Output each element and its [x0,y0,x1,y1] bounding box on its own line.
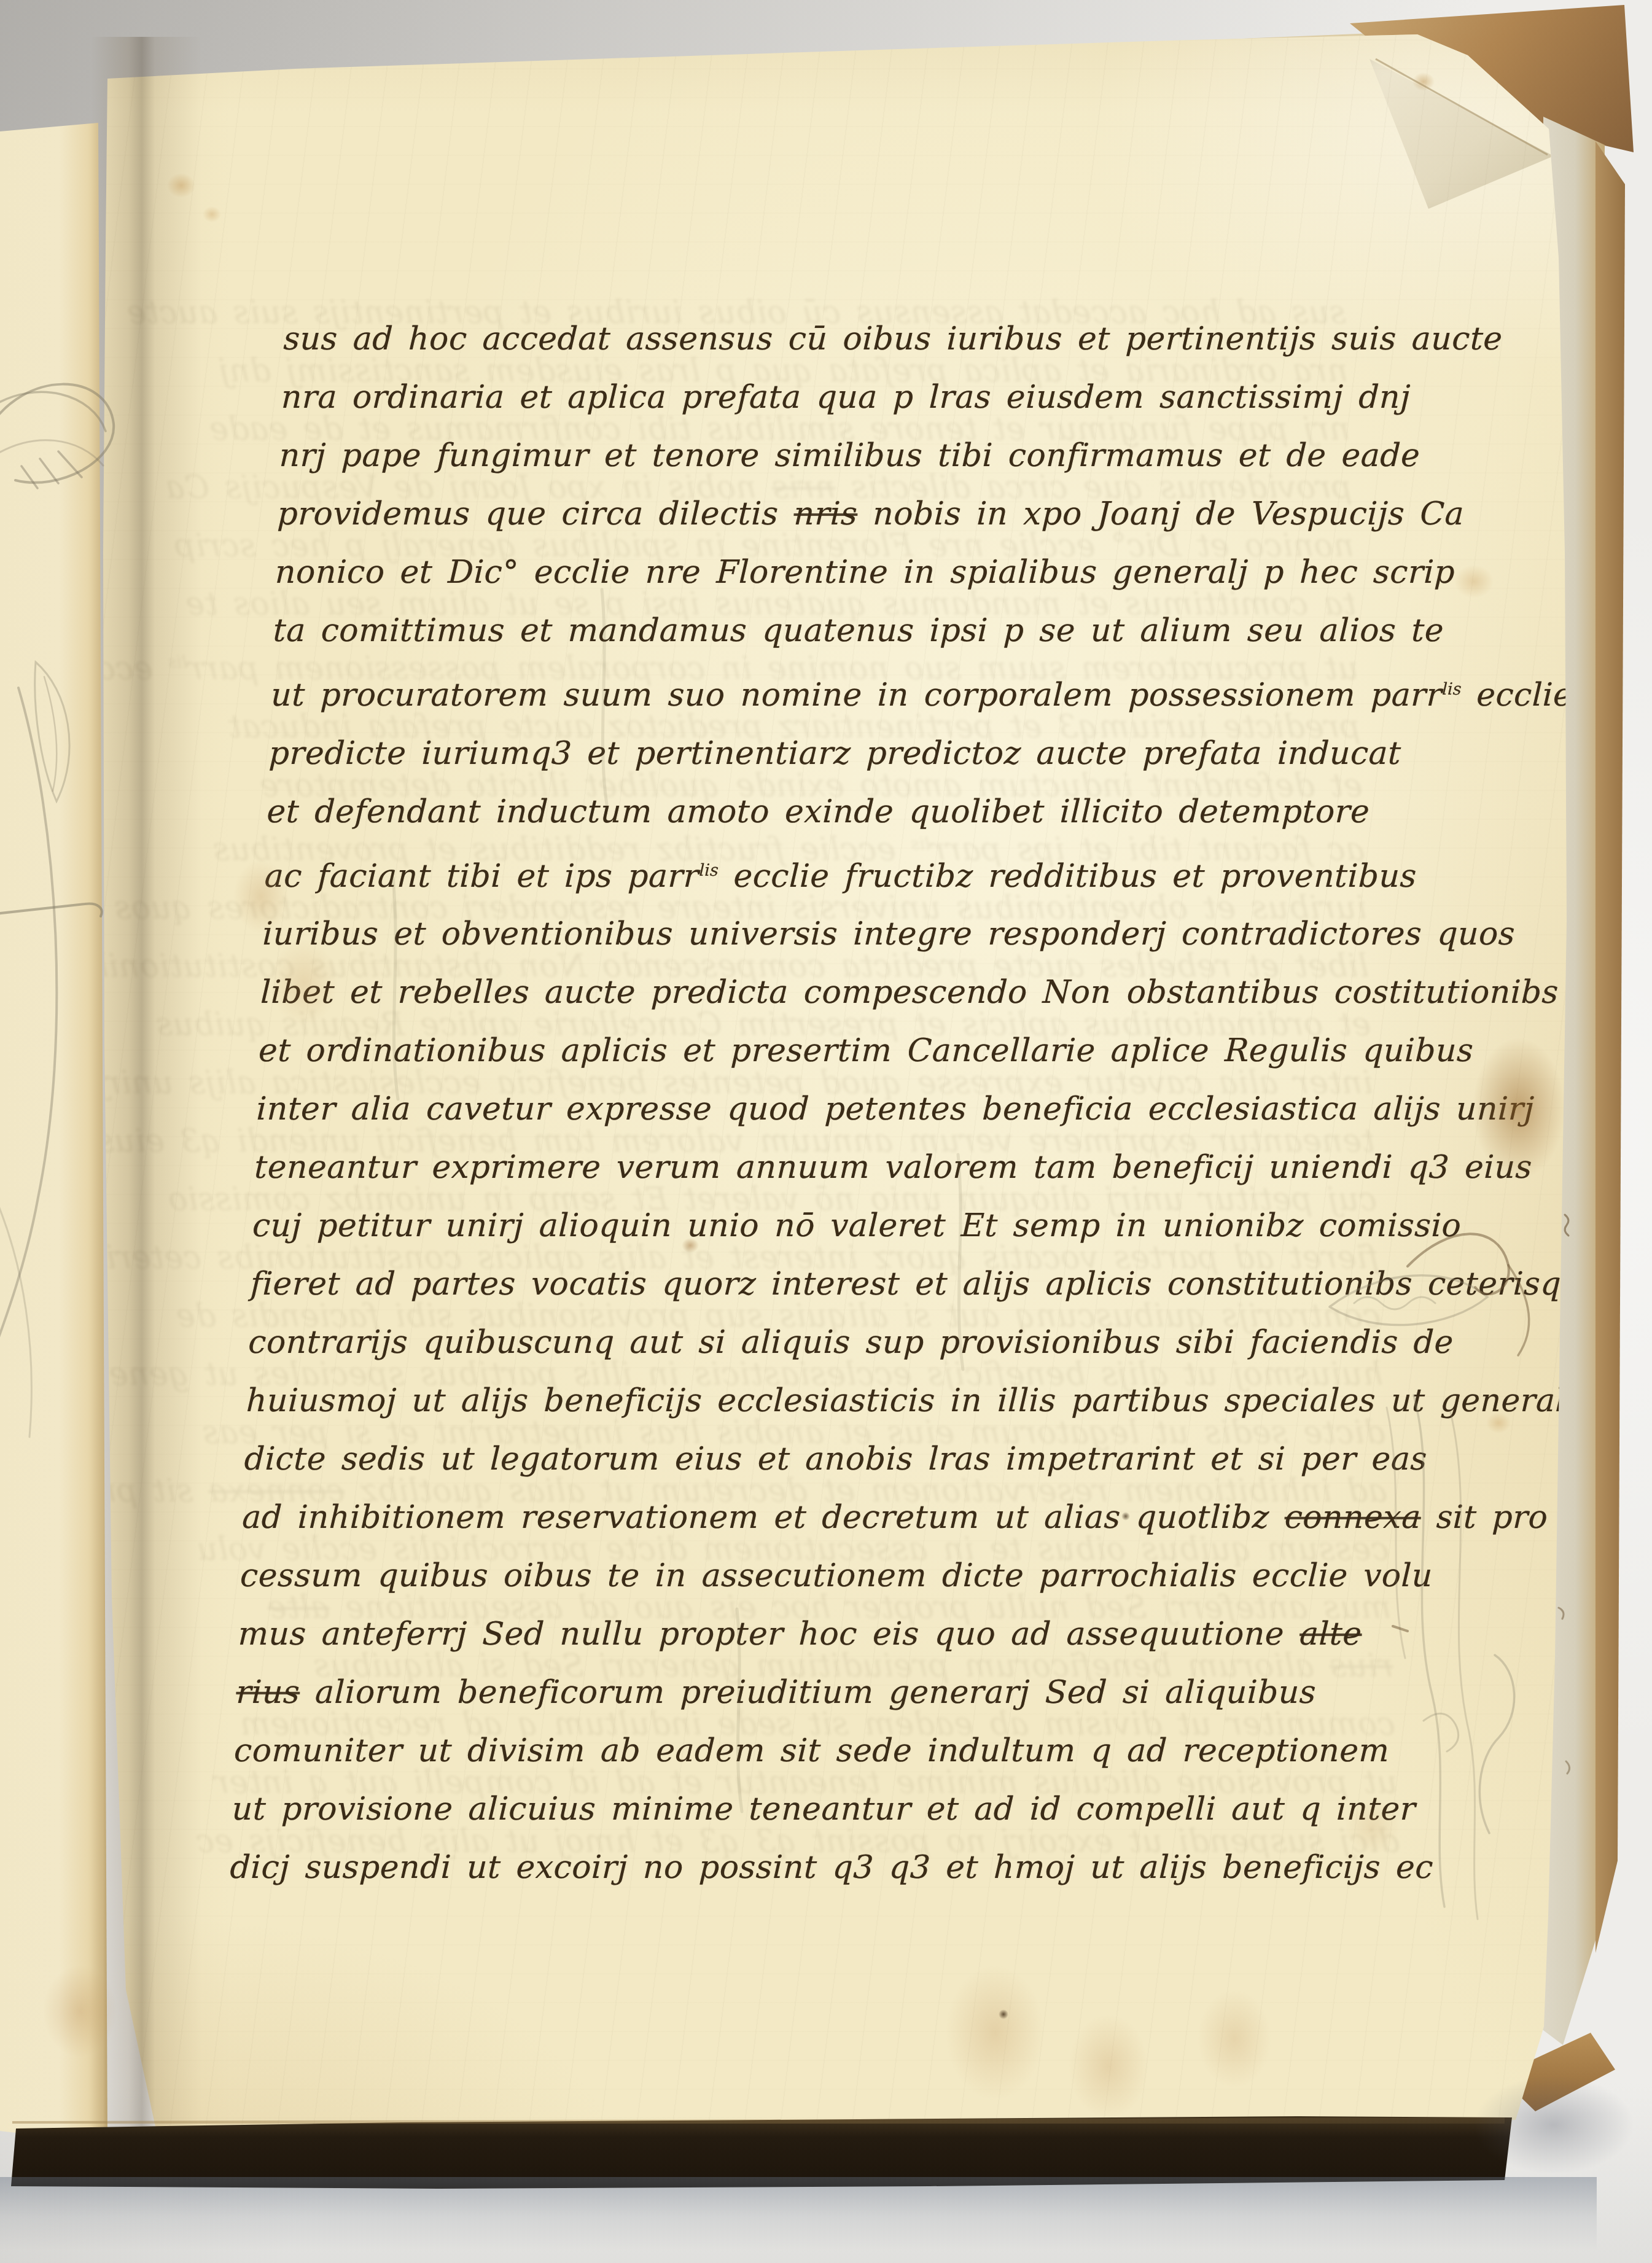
right-page-stack-edge-outer [1596,141,1634,2020]
manuscript-line: ad inhibitionem reservationem et decretu… [241,1489,1376,1547]
ink-show-through: sus ad hoc accedat assensus cū oibus iur… [212,284,1400,1871]
manuscript-line: dicj suspendi ut excoirj no possint q3 q… [229,1839,1364,1897]
manuscript-line: ta comittimus et mandamus quatenus ipsi … [272,602,1407,660]
manuscript-line: cessum quibus oibus te in assecutionem d… [239,1547,1374,1605]
manuscript-line: comuniter ut divisim ab eadem sit sede i… [233,1722,1368,1780]
manuscript-line: et defendant inductum amoto exinde quoli… [266,783,1401,841]
show-through-line: mus anteferrj Sed nullu propter hoc eis … [257,1579,1392,1637]
show-through-line: dicte sedis ut legatorum eius et anobis … [251,1404,1386,1462]
manuscript-scan: sus ad hoc accedat assensus cū oibus iur… [0,0,1652,2263]
show-through-line: providemus que circa dilectis nris nobis… [218,459,1353,517]
show-through-line: ut provisione alicuius minime teneantur … [263,1754,1398,1812]
show-through-line: nonico et Dic° ecclie nre Florentine in … [220,517,1355,575]
manuscript-page: sus ad hoc accedat assensus cū oibus iur… [0,0,1652,2263]
show-through-line: cuj petitur unirj alioquin unio nō valer… [243,1170,1377,1229]
corner-shadow [1474,2076,1634,2174]
manuscript-line: contrarijs quibuscunq aut si aliquis sup… [247,1314,1382,1372]
show-through-line: sus ad hoc accedat assensus cū oibus iur… [212,284,1347,342]
manuscript-line: iuribus et obventionibus universis integ… [262,905,1397,964]
manuscript-line: fieret ad partes vocatis quorz interest … [249,1255,1384,1314]
manuscript-line: dicte sedis ut legatorum eius et anobis … [243,1430,1378,1489]
manuscript-line: nra ordinaria et aplica prefata qua p lr… [280,368,1415,427]
show-through-line: cessum quibus oibus te in assecutionem d… [255,1521,1390,1579]
show-through-line: et defendant inductum amoto exinde quoli… [228,757,1363,815]
manuscript-line: ut procuratorem suum suo nomine in corpo… [270,660,1406,725]
show-through-line: dicj suspendi ut excoirj no possint q3 q… [265,1812,1400,1871]
show-through-line: fieret ad partes vocatis quorz interest … [245,1229,1380,1287]
show-through-line: huiusmoj ut alijs beneficijs ecclesiasti… [249,1346,1384,1404]
book-shadow [0,2177,1597,2251]
manuscript-line: cuj petitur unirj alioquin unio nō valer… [251,1197,1386,1255]
show-through-line: nra ordinaria et aplica prefata qua p lr… [214,342,1349,400]
manuscript-line: ut provisione alicuius minime teneantur … [231,1780,1366,1839]
manuscript-line: nonico et Dic° ecclie nre Florentine in … [275,543,1409,602]
manuscript-line: inter alia cavetur expresse quod petente… [255,1080,1390,1139]
show-through-line: contrarijs quibuscunq aut si aliquis sup… [247,1287,1382,1346]
show-through-line: inter alia cavetur expresse quod petente… [239,1054,1374,1112]
manuscript-line: mus anteferrj Sed nullu propter hoc eis … [237,1605,1372,1664]
manuscript-text-block: sus ad hoc accedat assensus cū oibus iur… [229,310,1417,1897]
show-through-line: predicte iuriumq3 et pertinentiarz predi… [226,698,1361,757]
show-through-line: et ordinationibus aplicis et presertim C… [236,995,1371,1054]
manuscript-line: huiusmoj ut alijs beneficijs ecclesiasti… [245,1372,1380,1430]
show-through-line: libet et rebelles aucte predicta compesc… [235,937,1370,995]
show-through-line: comuniter ut divisim ab eadem sit sede i… [261,1696,1396,1754]
manuscript-line: predicte iuriumq3 et pertinentiarz predi… [268,725,1403,783]
show-through-line: teneantur exprimere verum annuum valorem… [241,1112,1376,1170]
show-through-line: ad inhibitionem reservationem et decretu… [253,1462,1388,1521]
manuscript-line: rius aliorum beneficorum preiuditium gen… [235,1664,1370,1722]
manuscript-line: providemus que circa dilectis nris nobis… [276,485,1411,543]
show-through-line: ut procuratorem suum suo nomine in corpo… [224,634,1360,698]
show-through-line: rius aliorum beneficorum preiuditium gen… [259,1637,1394,1696]
manuscript-line: ac faciant tibi et ips parrlis ecclie fr… [263,841,1399,906]
show-through-line: iuribus et obventionibus universis integ… [233,879,1368,937]
gutter-shadow [91,37,201,2137]
manuscript-line: nrj pape fungimur et tenore similibus ti… [278,427,1413,485]
manuscript-line: et ordinationibus aplicis et presertim C… [257,1022,1392,1080]
show-through-line: nrj pape fungimur et tenore similibus ti… [216,400,1351,459]
manuscript-line: libet et rebelles aucte predicta compesc… [260,964,1395,1022]
show-through-line: ta comittimus et mandamus quatenus ipsi … [222,575,1357,634]
manuscript-line: teneantur exprimere verum annuum valorem… [254,1139,1389,1197]
manuscript-line: sus ad hoc accedat assensus cū oibus iur… [282,310,1417,368]
show-through-line: ac faciant tibi et ips parrlis ecclie fr… [230,815,1366,879]
